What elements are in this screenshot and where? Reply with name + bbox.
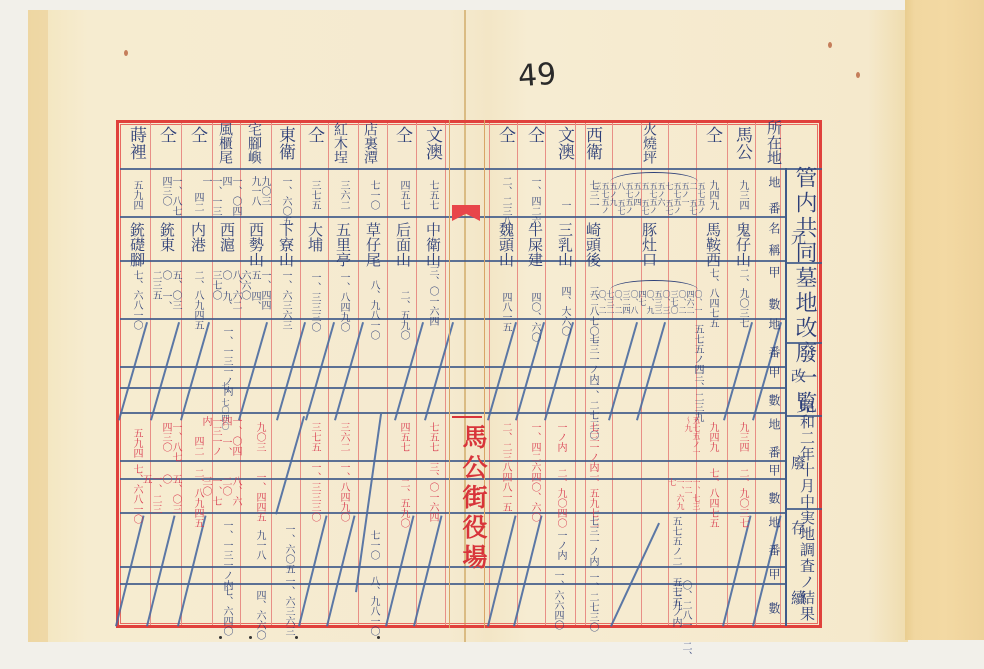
col-orig-lot: 一、六〇五 — [280, 176, 290, 226]
col-orig-area: 八、九八一〇 — [368, 280, 378, 340]
col-cont-area: 〇、二八一 二、三三九 — [670, 580, 690, 669]
dot-mark — [295, 636, 298, 639]
col-orig-area-group: 〇、一四六二 〇、二三七〇 〇、三五三三 〇、九四七 〇、八三二四 〇、二七三二… — [590, 290, 702, 318]
col-orig-name: 西勢山 — [248, 222, 263, 267]
col-orig-area: 五、〇三〇 一、二三五 — [154, 270, 180, 316]
col-abol-area: 八、六二〇 一、七三〇 — [214, 476, 240, 512]
dot-mark — [249, 636, 252, 639]
col-orig-area: 二、八九四五 — [192, 270, 202, 330]
col-orig-lot: 四二 — [192, 192, 202, 212]
col-orig-lot: 九〇三 九一八 — [243, 176, 269, 216]
col-changed-lot: 五七五ノ四 — [692, 324, 702, 374]
col-orig-name: 銃東 — [159, 222, 174, 252]
col-abol-area: 一、四四五 — [254, 472, 264, 522]
col-abol-lot: 九三四 — [737, 422, 747, 452]
col-abol-lot-group: 五七五ノ一～九 — [590, 416, 700, 456]
col-orig-area: 二、五九〇 — [398, 290, 408, 340]
col-orig-name: 后面山 — [395, 222, 410, 267]
col-orig-name: 三乳山 — [557, 222, 572, 267]
col-abol-lot: 三六二 — [338, 422, 348, 452]
col-cont-area: 一、六三六三 — [283, 576, 293, 636]
col-location: 西衛 — [583, 126, 600, 160]
col-cont-area: 七、六四〇 — [221, 586, 231, 636]
dot-mark — [219, 636, 222, 639]
col-location: 仝 — [393, 126, 410, 143]
col-orig-lot: 一、八七 四三〇 — [154, 176, 180, 216]
col-orig-name: 魏頭山 — [498, 222, 513, 267]
col-abol-area: 二、九〇三七 — [737, 468, 747, 528]
col-location: 宅腳嶼 — [247, 122, 261, 164]
col-orig-name: 銃礎腳 — [129, 222, 144, 267]
stain-mark — [856, 72, 860, 78]
col-abol-lot: 四五七 — [398, 422, 408, 452]
col-location: 風櫃尾 — [218, 122, 232, 164]
col-abol-lot: 七三一ノ内 — [587, 422, 597, 472]
col-location: 馬公 — [733, 126, 750, 160]
field-lot-number-continued: 地番 — [766, 516, 783, 572]
col-orig-name: 西滬 — [219, 222, 234, 252]
label-original: 元 — [788, 230, 809, 245]
col-cont-lot: 一ノ内 — [555, 530, 565, 560]
page-number: 49 — [517, 57, 558, 95]
label-changed: 改 — [788, 368, 809, 383]
col-orig-lot: 一、〇四四 一、一三一 — [214, 176, 240, 216]
col-abol-area: 四八一五 — [500, 472, 510, 512]
col-orig-area: 一、三三三〇 — [309, 272, 319, 332]
label-continued: 存續 — [788, 520, 809, 660]
col-abol-lot: 二、二三八 — [500, 422, 510, 472]
col-abol-lot: 一、〇四四 一、一三一ノ内 — [214, 416, 240, 460]
col-cont-lot: 一、六〇五 — [283, 524, 293, 574]
col-orig-area: 一、六三六三 — [280, 270, 290, 330]
col-location: 仝 — [305, 126, 322, 143]
col-location: 仝 — [157, 126, 174, 143]
col-abol-area: 四〇、六〇 — [529, 472, 539, 522]
col-orig-name: 五里亭 — [335, 222, 350, 267]
col-orig-area: 二、九〇三七 — [737, 268, 747, 328]
col-orig-area: 七、六八一〇 — [131, 270, 141, 330]
stain-mark — [828, 42, 832, 48]
col-orig-name: 大埔 — [307, 222, 322, 252]
col-orig-name: 中衛山 — [425, 222, 440, 267]
field-area-changed: 甲數 — [766, 366, 783, 422]
col-location: 仝 — [525, 126, 542, 143]
col-orig-name: 内港 — [190, 222, 205, 252]
col-orig-lot: 一 — [559, 200, 569, 210]
col-orig-lot-group: 五七五ノ二 五七五ノ一 五七五ノ七 五七五ノ六 五七五ノ五 五七五ノ四 五七五ノ… — [590, 182, 705, 217]
col-orig-lot: 三七五 — [309, 180, 319, 210]
right-binding-tape — [905, 0, 984, 640]
field-area-abolished: 甲數 — [766, 464, 783, 520]
col-orig-lot: 七五七 — [427, 180, 437, 210]
col-location: 紅木埕 — [333, 122, 347, 164]
col-abol-area: 一、八四九〇 — [338, 462, 348, 522]
col-abol-area: 二、八九四五 — [192, 468, 202, 528]
spine-bar — [452, 416, 482, 418]
col-abol-lot: 一ノ内 — [555, 422, 565, 452]
col-orig-lot: 二、二三八 — [500, 176, 510, 226]
field-lot-number-original: 地番 — [766, 176, 783, 228]
col-abol-lot: 三七五 — [309, 422, 319, 452]
col-abol-area: 二、九〇四〇 — [555, 468, 565, 528]
col-abol-area-group: 一、七三一二 一、六九七 — [590, 478, 700, 510]
col-changed-lot: 七三一ノ内 — [587, 334, 597, 384]
col-abol-lot: 四二 — [192, 436, 202, 456]
col-orig-lot: 七三一 — [587, 180, 597, 210]
col-orig-name: 崎頭後 — [585, 222, 600, 267]
col-location: 仝 — [703, 126, 720, 143]
col-orig-name: 馬鞍西 — [705, 222, 720, 267]
col-orig-name: 豚灶口 — [641, 222, 656, 267]
label-abolished: 廢 — [788, 455, 809, 470]
col-cont-area: 一、二七三〇 — [587, 572, 597, 632]
col-orig-area: 三、〇一六四 — [427, 266, 437, 326]
col-orig-lot: 九三四 — [737, 180, 747, 210]
col-location: 仝 — [188, 126, 205, 143]
col-changed-area: 三、二三九 — [692, 372, 702, 422]
col-abol-lot: 九〇三 — [254, 422, 264, 452]
col-orig-area: 七、八四七五 — [707, 268, 717, 328]
col-location: 蒔裡 — [127, 126, 144, 160]
col-cont-lot: 九一八 — [254, 530, 264, 560]
col-orig-area: 一、八四九〇 — [338, 272, 348, 332]
col-orig-lot: 七一〇 — [368, 180, 378, 210]
col-abol-lot: 九四九 — [707, 422, 717, 452]
col-cont-lot: 七一〇 — [368, 530, 378, 560]
field-area-continued: 甲數 — [766, 568, 783, 636]
left-binding-tape — [28, 10, 48, 642]
col-orig-area: 一、四四五 四、六六〇 — [243, 270, 269, 316]
col-location: 文澳 — [423, 126, 440, 160]
col-orig-name: 草仔尾 — [365, 222, 380, 267]
col-cont-area: 八、九八一〇 — [368, 576, 378, 636]
col-abol-area: 五、〇三〇 一、二三五 — [154, 474, 180, 514]
label-location: 所在地 — [764, 120, 785, 165]
col-orig-area: 四、大六〇 — [559, 286, 569, 336]
col-abol-area: 一、三三三〇 — [309, 462, 319, 522]
col-orig-lot: 三六二 — [338, 180, 348, 210]
col-abol-lot: 五九四 — [131, 428, 141, 458]
col-location: 文澳 — [555, 126, 572, 160]
col-orig-lot: 五九四 — [131, 180, 141, 210]
col-orig-name: 下寮山 — [278, 222, 293, 267]
col-orig-lot: 四五七 — [398, 180, 408, 210]
col-orig-area: 四〇、六〇 — [529, 292, 539, 342]
col-cont-lot: 七三一ノ内 — [587, 516, 597, 566]
col-cont-area: 四、六六〇 — [254, 590, 264, 640]
col-orig-lot: 九四九 — [707, 180, 717, 210]
col-location: 東衛 — [276, 126, 293, 160]
field-name-original: 名稱 — [766, 222, 783, 266]
stain-mark — [124, 50, 128, 56]
col-abol-lot: 七五七 — [427, 422, 437, 452]
col-location: 店裏潭 — [363, 122, 377, 164]
col-location: 火燒坪 — [642, 122, 656, 164]
col-abol-lot: 一、四二六 — [529, 422, 539, 472]
col-orig-lot: 一、四二六 — [529, 176, 539, 226]
col-orig-area: 四八一五 — [500, 292, 510, 332]
col-cont-area: 一、六六四〇 — [552, 570, 562, 630]
col-abol-lot: 一、八七 四三〇 — [154, 422, 180, 462]
col-abol-area: 三、〇一六四 — [427, 462, 437, 522]
col-orig-name: 牛屎建 — [527, 222, 542, 267]
col-abol-area: 二、五九〇 — [398, 478, 408, 528]
col-abol-area: 七、六八一〇 — [131, 464, 141, 524]
col-location: 仝 — [496, 126, 513, 143]
dot-mark — [377, 636, 380, 639]
office-stamp-text: 馬公街役場 — [455, 424, 491, 574]
col-cont-lot: 一、一三一ノ内 — [221, 520, 231, 590]
col-orig-area: 八、六二〇 九、三七〇 — [214, 270, 240, 316]
col-abol-area: 七、八四七五 — [707, 468, 717, 528]
col-orig-name: 鬼仔山 — [735, 222, 750, 267]
